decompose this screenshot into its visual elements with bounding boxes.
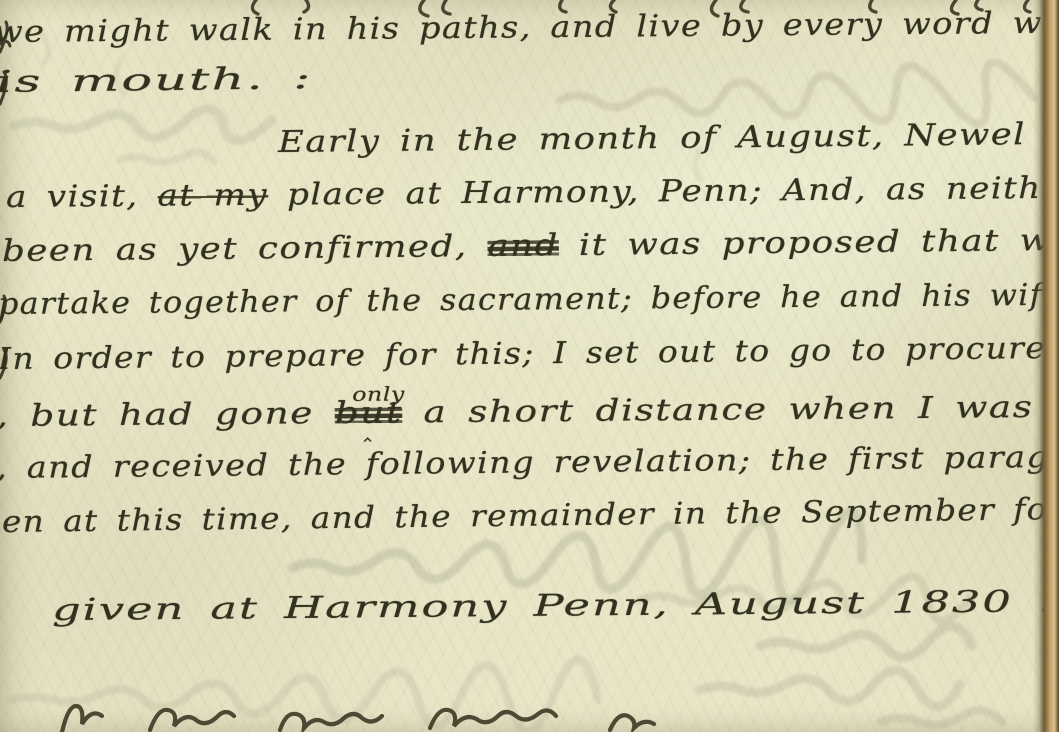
manuscript-line: been as yet confirmed, and it was propos… (2, 222, 1059, 269)
page-edge-gutter (1033, 0, 1059, 732)
line-text: , but had gone (0, 396, 335, 434)
line-text: en at this time, and the remainder in th… (2, 491, 1059, 540)
line-text: given at Harmony Penn, August 1830 . (52, 584, 1054, 628)
manuscript-page: we might walk in his paths, and live by … (0, 0, 1059, 732)
manuscript-line: Early in the month of August, Newel Knig… (278, 117, 1059, 160)
line-text: a visit, (6, 179, 158, 215)
manuscript-line: partake together of the sacrament; befor… (0, 278, 1059, 322)
manuscript-line: , but had gone butonly‸ a short distance… (0, 389, 1059, 434)
manuscript-line: given at Harmony Penn, August 1830 . (52, 585, 1054, 628)
corrected-word: butonly‸ (335, 396, 403, 431)
inserted-word: only (352, 377, 405, 411)
struck-word: at my (157, 178, 268, 214)
line-text: we might walk in his paths, and live by … (0, 4, 1059, 50)
manuscript-line: In order to prepare for this; I set out … (0, 331, 1059, 377)
line-text: In order to prepare for this; I set out … (0, 330, 1059, 377)
manuscript-line: a visit, at my place at Harmony, Penn; A… (6, 171, 1059, 215)
line-text: is mouth. : (0, 61, 313, 100)
manuscript-line: is mouth. : (0, 62, 313, 100)
line-text: , and received the following revelation;… (0, 439, 1059, 486)
manuscript-line: , and received the following revelation;… (0, 440, 1059, 486)
line-text: partake together of the sacrament; befor… (0, 277, 1059, 322)
line-text: Early in the month of August, Newel Knig… (278, 116, 1059, 160)
scribbled-out-word: and (487, 228, 559, 264)
manuscript-line: en at this time, and the remainder in th… (2, 492, 1059, 540)
insertion-caret: ‸ (363, 413, 373, 447)
line-text: place at Harmony, Penn; And, as neither … (268, 170, 1059, 213)
manuscript-line: we might walk in his paths, and live by … (0, 5, 1059, 50)
line-text: it was proposed that we should (559, 221, 1059, 263)
line-text: a short distance when I was met by (402, 388, 1059, 430)
line-text: been as yet confirmed, (2, 229, 488, 269)
